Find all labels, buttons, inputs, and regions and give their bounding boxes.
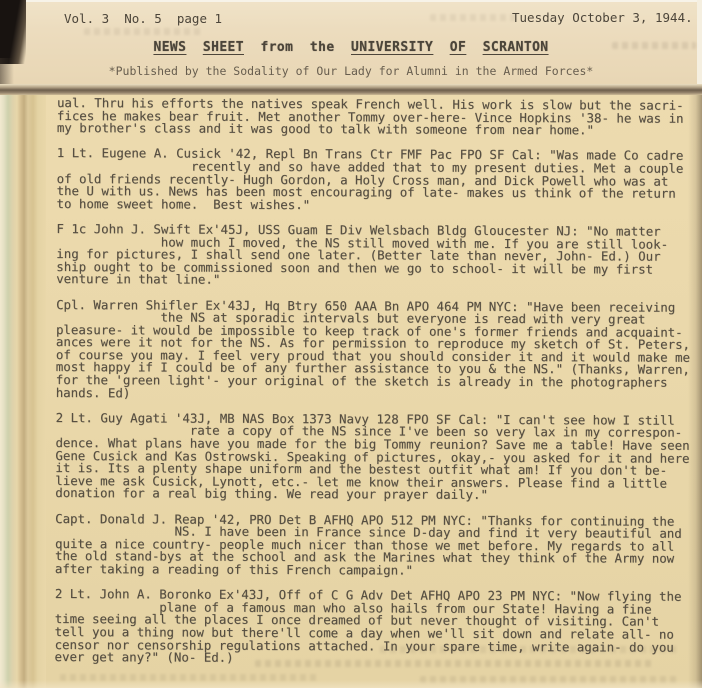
title-word: the bbox=[310, 40, 335, 55]
bleed-through-smudge bbox=[84, 28, 204, 35]
newsletter-paragraph: Capt. Donald J. Reap '42, PRO Det B AFHQ… bbox=[55, 513, 689, 579]
header-strip: Vol. 3 No. 5 page 1 Tuesday October 3, 1… bbox=[0, 0, 702, 85]
title-word: from bbox=[260, 40, 293, 55]
bleed-through-smudge bbox=[430, 14, 520, 21]
newsletter-paragraph: 2 Lt. Guy Agati '43J, MB NAS Box 1373 Na… bbox=[55, 412, 689, 503]
newsletter-paragraph: 2 Lt. John A. Boronko Ex'43J, Off of C G… bbox=[55, 588, 689, 666]
newsletter-paragraph: F 1c John J. Swift Ex'45J, USS Guam E Di… bbox=[56, 223, 690, 289]
title-word: NEWS bbox=[153, 40, 186, 55]
newsletter-title: NEWS SHEET from the UNIVERSITY OF SCRANT… bbox=[0, 40, 702, 55]
page-bottom-edge bbox=[0, 680, 702, 688]
newsletter-paragraph: ual. Thru his efforts the natives speak … bbox=[57, 97, 691, 138]
gutter-page-edges bbox=[0, 95, 46, 688]
page-seam bbox=[0, 84, 702, 95]
text-line: for the 'green light'- your original of … bbox=[56, 374, 690, 389]
newsletter-page-scan: Vol. 3 No. 5 page 1 Tuesday October 3, 1… bbox=[0, 0, 702, 688]
newsletter-subtitle: *Published by the Sodality of Our Lady f… bbox=[0, 64, 702, 78]
scan-top-edge bbox=[0, 0, 702, 2]
date-label: Tuesday October 3, 1944. bbox=[512, 10, 693, 25]
newsletter-paragraph: Cpl. Warren Shifler Ex'43J, Hq Btry 650 … bbox=[56, 298, 691, 402]
volume-label: Vol. 3 No. 5 page 1 bbox=[64, 11, 222, 26]
title-word: SCRANTON bbox=[483, 40, 549, 55]
title-word: UNIVERSITY bbox=[351, 40, 433, 55]
title-word: OF bbox=[450, 40, 466, 55]
page-body: ual. Thru his efforts the natives speak … bbox=[0, 95, 702, 688]
body-text: ual. Thru his efforts the natives speak … bbox=[55, 97, 692, 666]
title-word: SHEET bbox=[203, 40, 244, 55]
newsletter-paragraph: 1 Lt. Eugene A. Cusick '42, Repl Bn Tran… bbox=[57, 147, 691, 213]
